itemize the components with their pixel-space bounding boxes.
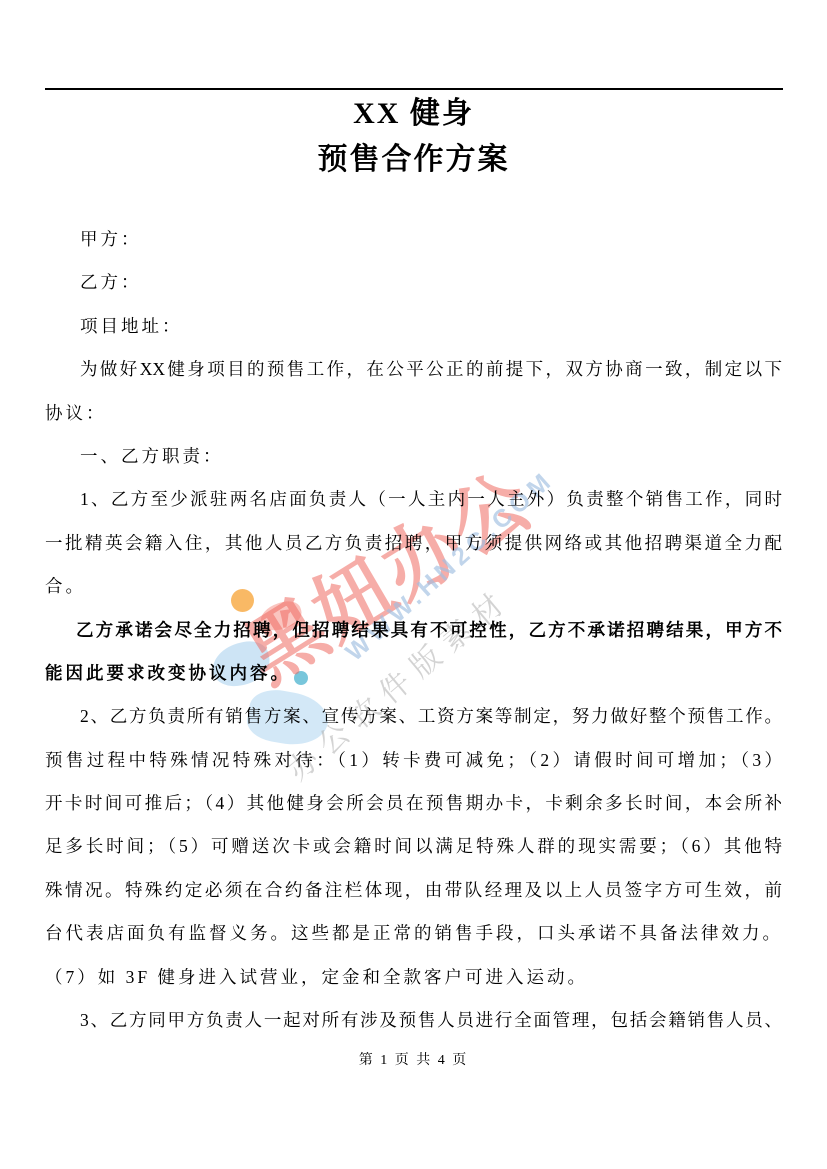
document-line: 1、乙方至少派驻两名店面负责人（一人主内一人主外）负责整个销售工作，同时 (45, 478, 782, 521)
document-line: 开卡时间可推后；（4）其他健身会所会员在预售期办卡，卡剩余多长时间，本会所补 (45, 782, 782, 825)
header-rule (45, 88, 783, 90)
page-number-footer: 第 1 页 共 4 页 (0, 1049, 827, 1069)
document-body: 甲方： 乙方： 项目地址： 为做好XX健身项目的预售工作，在公平公正的前提下，双… (45, 218, 782, 1042)
title-line-2: 预售合作方案 (0, 137, 827, 183)
document-line: 殊情况。特殊约定必须在合约备注栏体现，由带队经理及以上人员签字方可生效，前 (45, 869, 782, 912)
document-title: XX 健身 预售合作方案 (0, 91, 827, 183)
document-line-bold: 乙方承诺会尽全力招聘，但招聘结果具有不可控性，乙方不承诺招聘结果，甲方不 (45, 609, 782, 652)
document-page: 黑妞办公 WWW.HN2C.COM 办公软件版素材 XX 健身 预售合作方案 甲… (0, 0, 827, 1169)
document-line: 一批精英会籍入住，其他人员乙方负责招聘，甲方须提供网络或其他招聘渠道全力配 (45, 522, 782, 565)
document-line: 预售过程中特殊情况特殊对待：（1）转卡费可减免；（2）请假时间可增加；（3） (45, 739, 782, 782)
document-line: 2、乙方负责所有销售方案、宣传方案、工资方案等制定，努力做好整个预售工作。 (45, 695, 782, 738)
document-line: 足多长时间；（5）可赠送次卡或会籍时间以满足特殊人群的现实需要；（6）其他特 (45, 825, 782, 868)
document-line: 3、乙方同甲方负责人一起对所有涉及预售人员进行全面管理，包括会籍销售人员、 (45, 999, 782, 1042)
document-line: （7）如 3F 健身进入试营业，定金和全款客户可进入运动。 (45, 956, 782, 999)
document-line: 台代表店面负有监督义务。这些都是正常的销售手段，口头承诺不具备法律效力。 (45, 912, 782, 955)
document-line: 甲方： (45, 218, 782, 261)
document-line-bold: 能因此要求改变协议内容。 (45, 652, 782, 695)
title-line-1: XX 健身 (0, 91, 827, 137)
document-line: 乙方： (45, 261, 782, 304)
document-line: 一、乙方职责： (45, 435, 782, 478)
document-line: 为做好XX健身项目的预售工作，在公平公正的前提下，双方协商一致，制定以下 (45, 348, 782, 391)
document-line: 合。 (45, 565, 782, 608)
document-line: 协议： (45, 392, 782, 435)
document-line: 项目地址： (45, 305, 782, 348)
